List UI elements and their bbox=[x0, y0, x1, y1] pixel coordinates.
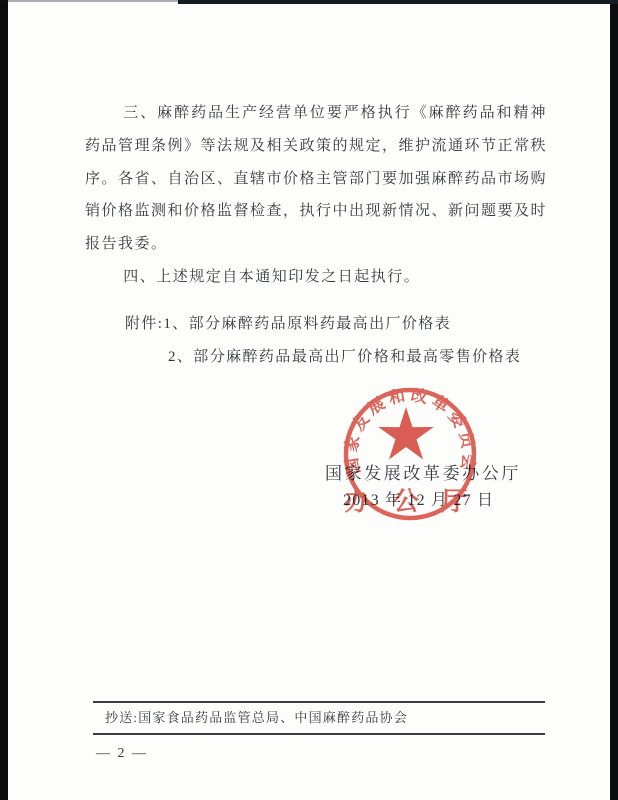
paragraph-item-3: 三、麻醉药品生产经营单位要严格执行《麻醉药品和精神药品管理条例》等法规及相关政策… bbox=[85, 97, 547, 261]
scan-edge-right bbox=[610, 0, 618, 800]
paragraph-item-4: 四、上述规定自本通知印发之日起执行。 bbox=[85, 261, 547, 294]
page-number: — 2 — bbox=[96, 746, 148, 762]
scanned-document-page: 三、麻醉药品生产经营单位要严格执行《麻醉药品和精神药品管理条例》等法规及相关政策… bbox=[0, 0, 618, 800]
footer-cc-box: 抄送:国家食品药品监管总局、中国麻醉药品协会 bbox=[93, 701, 545, 735]
seal-center-text: 办 公 厅 bbox=[344, 487, 475, 516]
red-star-icon bbox=[378, 407, 433, 460]
footer-cc-text: 抄送:国家食品药品监管总局、中国麻醉药品协会 bbox=[105, 710, 408, 725]
attachment-line-1: 附件:1、部分麻醉药品原料药最高出厂价格表 bbox=[85, 308, 555, 341]
attachment-line-2: 2、部分麻醉药品最高出厂价格和最高零售价格表 bbox=[85, 341, 555, 374]
scan-edge-left bbox=[0, 0, 8, 800]
scan-edge-top bbox=[178, 0, 618, 4]
document-body: 三、麻醉药品生产经营单位要严格执行《麻醉药品和精神药品管理条例》等法规及相关政策… bbox=[85, 97, 547, 294]
official-seal: 国家发展和改革委员会 办 公 厅 bbox=[339, 383, 481, 525]
attachments-block: 附件:1、部分麻醉药品原料药最高出厂价格表 2、部分麻醉药品最高出厂价格和最高零… bbox=[85, 308, 555, 374]
